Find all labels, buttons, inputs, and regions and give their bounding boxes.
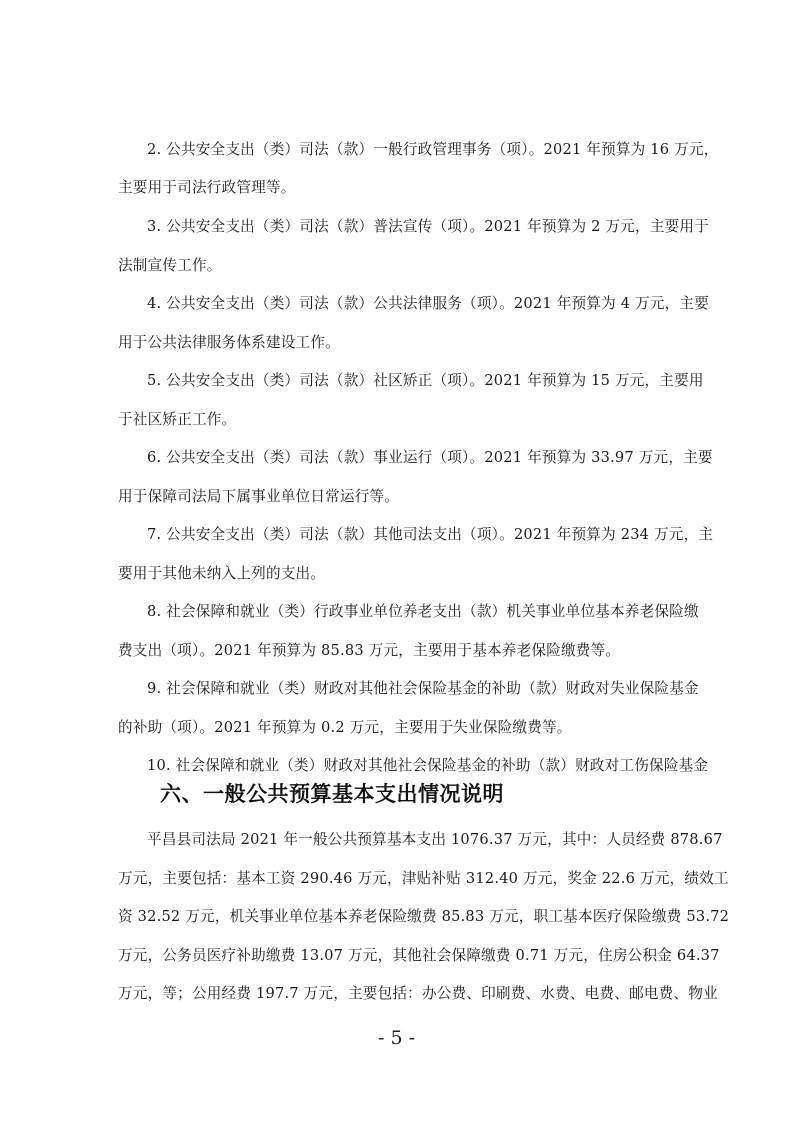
item-5-line-2: 于社区矫正工作。: [118, 410, 678, 430]
section-heading: 六、一般公共预算基本支出情况说明: [160, 780, 504, 808]
item-6-line-1: 6. 公共安全支出（类）司法（款）事业运行（项）。2021 年预算为 33.97…: [147, 448, 678, 468]
item-2-line-2: 主要用于司法行政管理等。: [118, 178, 678, 198]
item-7-line-2: 要用于其他未纳入上列的支出。: [118, 564, 678, 584]
item-9-line-2: 的补助（项）。2021 年预算为 0.2 万元，主要用于失业保险缴费等。: [118, 718, 678, 738]
item-10-line-1: 10. 社会保障和就业（类）财政对其他社会保险基金的补助（款）财政对工伤保险基金: [147, 756, 678, 776]
item-9-line-1: 9. 社会保障和就业（类）财政对其他社会保险基金的补助（款）财政对失业保险基金: [147, 679, 678, 699]
document-page: 2. 公共安全支出（类）司法（款）一般行政管理事务（项）。2021 年预算为 1…: [0, 0, 793, 1122]
page-number: - 5 -: [0, 1026, 793, 1050]
item-6-line-2: 用于保障司法局下属事业单位日常运行等。: [118, 487, 678, 507]
item-3-line-2: 法制宣传工作。: [118, 256, 678, 276]
item-2-line-1: 2. 公共安全支出（类）司法（款）一般行政管理事务（项）。2021 年预算为 1…: [147, 140, 678, 160]
item-4-line-1: 4. 公共安全支出（类）司法（款）公共法律服务（项）。2021 年预算为 4 万…: [147, 294, 678, 314]
item-5-line-1: 5. 公共安全支出（类）司法（款）社区矫正（项）。2021 年预算为 15 万元…: [147, 371, 678, 391]
section-paragraph-line-5: 万元，等；公用经费 197.7 万元，主要包括：办公费、印刷费、水费、电费、邮电…: [118, 984, 678, 1004]
section-paragraph-line-1: 平昌县司法局 2021 年一般公共预算基本支出 1076.37 万元，其中：人员…: [147, 830, 678, 850]
item-3-line-1: 3. 公共安全支出（类）司法（款）普法宣传（项）。2021 年预算为 2 万元，…: [147, 217, 678, 237]
section-paragraph-line-4: 万元，公务员医疗补助缴费 13.07 万元，其他社会保障缴费 0.71 万元，住…: [118, 946, 678, 966]
item-8-line-2: 费支出（项）。2021 年预算为 85.83 万元，主要用于基本养老保险缴费等。: [118, 641, 678, 661]
section-paragraph-line-3: 资 32.52 万元，机关事业单位基本养老保险缴费 85.83 万元，职工基本医…: [118, 907, 678, 927]
item-4-line-2: 用于公共法律服务体系建设工作。: [118, 333, 678, 353]
item-8-line-1: 8. 社会保障和就业（类）行政事业单位养老支出（款）机关事业单位基本养老保险缴: [147, 602, 678, 622]
section-paragraph-line-2: 万元，主要包括：基本工资 290.46 万元，津贴补贴 312.40 万元，奖金…: [118, 869, 678, 889]
item-7-line-1: 7. 公共安全支出（类）司法（款）其他司法支出（项）。2021 年预算为 234…: [147, 525, 678, 545]
